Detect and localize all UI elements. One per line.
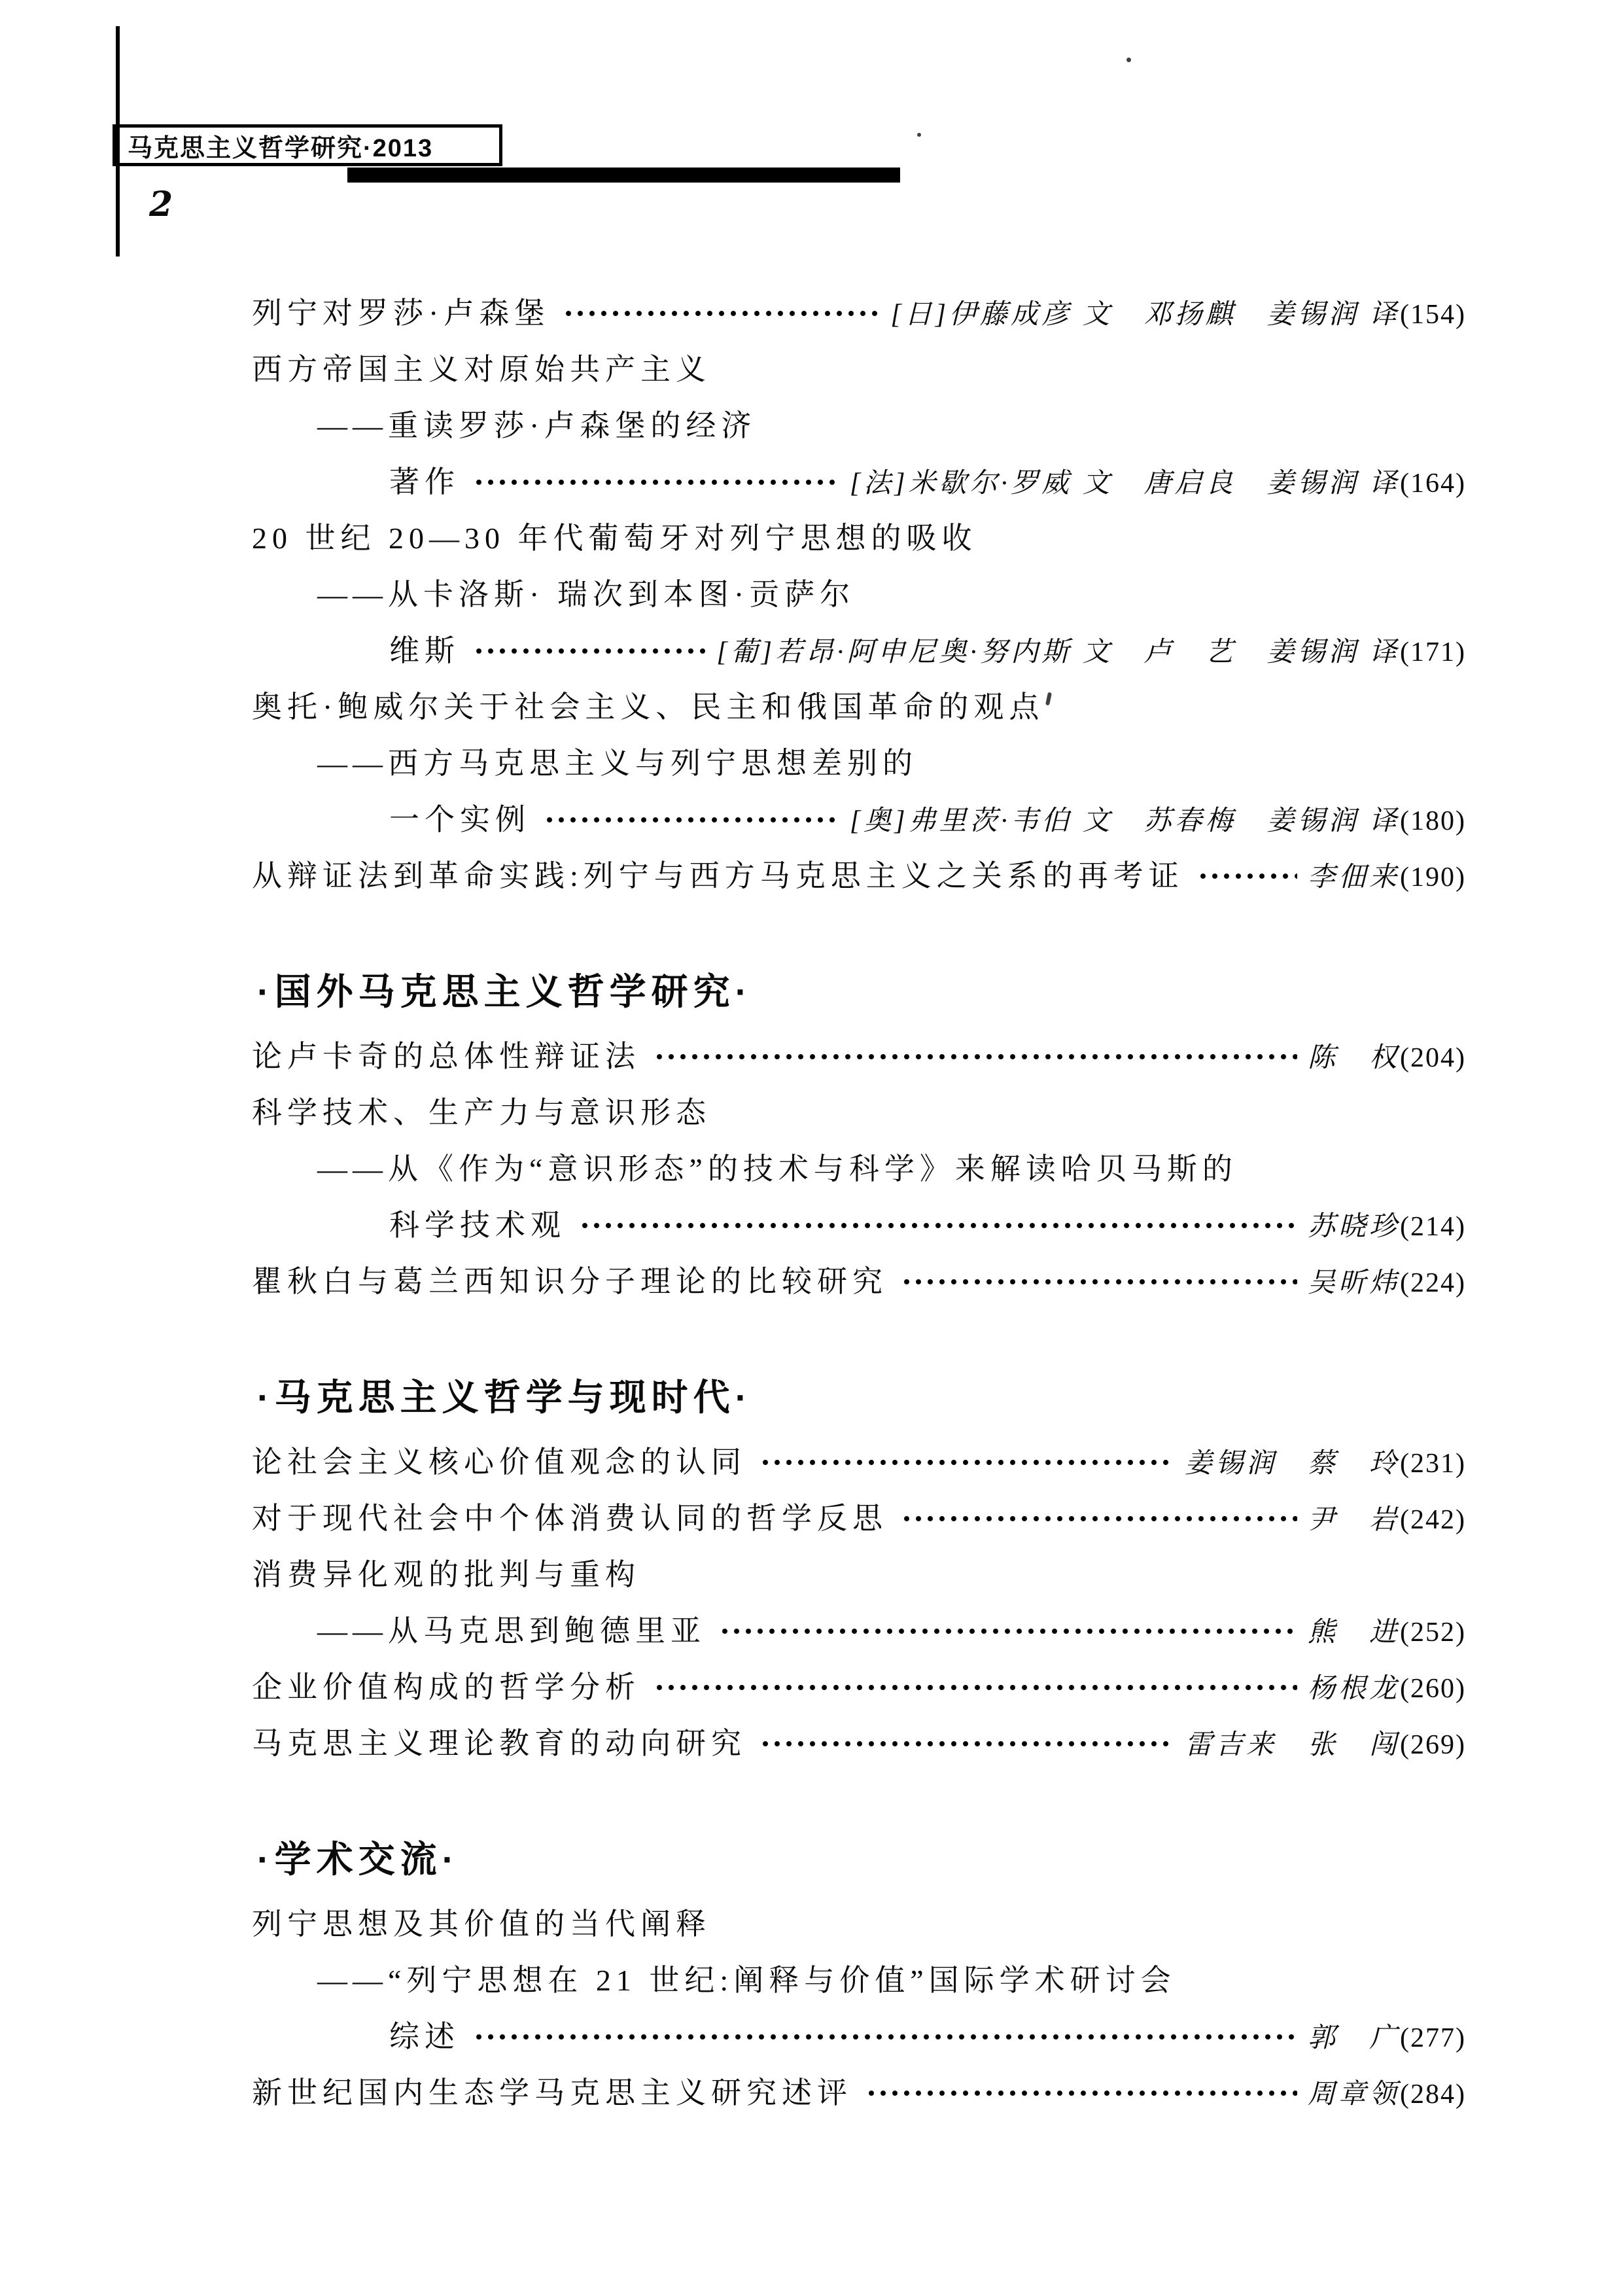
dot-leader — [719, 1627, 1297, 1636]
entry-title: ——西方马克思主义与列宁思想差别的 — [317, 735, 918, 792]
toc-entry: 列宁思想及其价值的当代阐释 — [252, 1896, 1466, 1952]
entry-page-number: (204) — [1400, 1030, 1466, 1086]
entry-page-number: (284) — [1400, 2066, 1466, 2123]
entry-authors: [日]伊藤成彦 文 邓扬麒 姜锡润 译 — [890, 287, 1400, 343]
entry-authors: [奥]弗里茨·韦伯 文 苏春梅 姜锡润 译 — [850, 793, 1400, 849]
entry-authors: 雷吉来 张 闯 — [1185, 1717, 1400, 1773]
entry-title: 从辩证法到革命实践:列宁与西方马克思主义之关系的再考证 — [252, 848, 1184, 904]
entry-page-number: (164) — [1400, 455, 1466, 512]
entry-authors: 尹 岩 — [1308, 1492, 1400, 1548]
entry-title: ——重读罗莎·卢森堡的经济 — [317, 398, 756, 454]
toc-entry: ——从马克思到鲍德里亚熊 进(252) — [252, 1603, 1466, 1659]
toc-entry: 消费异化观的批判与重构 — [252, 1547, 1466, 1603]
toc-entry: 马克思主义理论教育的动向研究雷吉来 张 闯(269) — [252, 1716, 1466, 1772]
scan-artifact — [917, 133, 921, 137]
entry-authors: 杨根龙 — [1308, 1661, 1400, 1717]
entry-title: 科学技术、生产力与意识形态 — [252, 1085, 711, 1141]
entry-title: 企业价值构成的哲学分析 — [252, 1659, 640, 1716]
entry-title: 西方帝国主义对原始共产主义 — [252, 342, 711, 398]
entry-authors: [法]米歇尔·罗威 文 唐启良 姜锡润 译 — [850, 455, 1400, 512]
entry-page-number: (242) — [1400, 1492, 1466, 1548]
entry-authors: 李佃来 — [1308, 849, 1400, 906]
toc-entry: 论社会主义核心价值观念的认同姜锡润 蔡 玲(231) — [252, 1434, 1466, 1491]
entry-title: 新世纪国内生态学马克思主义研究述评 — [252, 2065, 852, 2121]
journal-title: 马克思主义哲学研究·2013 — [128, 128, 433, 164]
masthead-box: 马克思主义哲学研究·2013 — [113, 124, 502, 166]
entry-title: 20 世纪 20—30 年代葡萄牙对列宁思想的吸收 — [252, 510, 977, 567]
entry-title: 消费异化观的批判与重构 — [252, 1547, 640, 1603]
entry-title: 列宁对罗莎·卢森堡 — [252, 285, 550, 342]
entry-title: 维斯 — [389, 623, 460, 679]
entry-page-number: (190) — [1400, 849, 1466, 906]
entry-title: 论社会主义核心价值观念的认同 — [252, 1434, 746, 1491]
toc-entry: ——西方马克思主义与列宁思想差别的 — [252, 735, 1466, 792]
entry-title: 奥托·鲍威尔关于社会主义、民主和俄国革命的观点 — [252, 679, 1044, 735]
toc-entry: 20 世纪 20—30 年代葡萄牙对列宁思想的吸收 — [252, 510, 1466, 567]
entry-title: 列宁思想及其价值的当代阐释 — [252, 1896, 711, 1952]
toc-entry: ——“列宁思想在 21 世纪:阐释与价值”国际学术研讨会 — [252, 1952, 1466, 2009]
toc-section-title: ·马克思主义哲学与现时代· — [257, 1366, 1466, 1429]
entry-page-number: (214) — [1400, 1199, 1466, 1255]
entry-title: ——“列宁思想在 21 世纪:阐释与价值”国际学术研讨会 — [317, 1952, 1176, 2009]
toc-entry: ——重读罗莎·卢森堡的经济 — [252, 398, 1466, 454]
toc-entry: 列宁对罗莎·卢森堡[日]伊藤成彦 文 邓扬麒 姜锡润 译(154) — [252, 285, 1466, 342]
toc-entry: ——从卡洛斯· 瑞次到本图·贡萨尔 — [252, 567, 1466, 623]
entry-title: ——从马克思到鲍德里亚 — [317, 1603, 706, 1659]
entry-title: ——从《作为“意识形态”的技术与科学》来解读哈贝马斯的 — [317, 1141, 1238, 1197]
entry-title: 一个实例 — [389, 792, 531, 848]
entry-title: 对于现代社会中个体消费认同的哲学反思 — [252, 1491, 888, 1547]
dot-leader — [865, 2089, 1297, 2098]
dot-leader — [654, 1052, 1297, 1061]
entry-authors: 周章领 — [1308, 2066, 1400, 2123]
page-number: 2 — [149, 185, 173, 224]
table-of-contents: 列宁对罗莎·卢森堡[日]伊藤成彦 文 邓扬麒 姜锡润 译(154)西方帝国主义对… — [252, 285, 1466, 2121]
dot-leader — [544, 815, 839, 824]
dot-leader — [563, 309, 880, 318]
toc-entry: 科学技术观苏晓珍(214) — [252, 1197, 1466, 1254]
dot-leader — [473, 646, 706, 656]
toc-entry: 新世纪国内生态学马克思主义研究述评周章领(284) — [252, 2065, 1466, 2121]
toc-entry: 一个实例[奥]弗里茨·韦伯 文 苏春梅 姜锡润 译(180) — [252, 792, 1466, 848]
toc-entry: 奥托·鲍威尔关于社会主义、民主和俄国革命的观点 — [252, 679, 1466, 735]
entry-authors: 熊 进 — [1308, 1604, 1400, 1661]
entry-title: 瞿秋白与葛兰西知识分子理论的比较研究 — [252, 1254, 888, 1310]
entry-title: 科学技术观 — [389, 1197, 566, 1254]
scanned-toc-page: 马克思主义哲学研究·2013 2 列宁对罗莎·卢森堡[日]伊藤成彦 文 邓扬麒 … — [0, 0, 1623, 2296]
dot-leader — [759, 1739, 1174, 1748]
entry-page-number: (269) — [1400, 1717, 1466, 1773]
entry-page-number: (171) — [1400, 624, 1466, 680]
entry-authors: 陈 权 — [1308, 1030, 1400, 1086]
dot-leader — [654, 1683, 1297, 1692]
toc-entry: 著作[法]米歇尔·罗威 文 唐启良 姜锡润 译(164) — [252, 454, 1466, 510]
entry-authors: 苏晓珍 — [1308, 1199, 1400, 1255]
toc-entry: 企业价值构成的哲学分析杨根龙(260) — [252, 1659, 1466, 1716]
entry-title: 论卢卡奇的总体性辩证法 — [252, 1029, 640, 1085]
entry-authors: 吴昕炜 — [1308, 1255, 1400, 1311]
entry-page-number: (277) — [1400, 2010, 1466, 2066]
scan-artifact — [1126, 58, 1131, 62]
entry-authors: 姜锡润 蔡 玲 — [1185, 1436, 1400, 1492]
entry-title: 马克思主义理论教育的动向研究 — [252, 1716, 746, 1772]
toc-entry: ——从《作为“意识形态”的技术与科学》来解读哈贝马斯的 — [252, 1141, 1466, 1197]
dot-leader — [473, 478, 839, 487]
entry-authors: 郭 广 — [1308, 2010, 1400, 2066]
dot-leader — [473, 2032, 1297, 2041]
entry-page-number: (154) — [1400, 287, 1466, 343]
dot-leader — [901, 1277, 1297, 1286]
entry-title: 综述 — [389, 2009, 460, 2065]
dot-leader — [759, 1458, 1174, 1467]
toc-entry: 西方帝国主义对原始共产主义 — [252, 342, 1466, 398]
entry-page-number: (224) — [1400, 1255, 1466, 1311]
dot-leader — [901, 1514, 1297, 1523]
toc-entry: 瞿秋白与葛兰西知识分子理论的比较研究吴昕炜(224) — [252, 1254, 1466, 1310]
toc-entry: 论卢卡奇的总体性辩证法陈 权(204) — [252, 1029, 1466, 1085]
entry-page-number: (252) — [1400, 1604, 1466, 1661]
dot-leader — [1197, 872, 1297, 881]
entry-title: ——从卡洛斯· 瑞次到本图·贡萨尔 — [317, 567, 855, 623]
entry-page-number: (180) — [1400, 793, 1466, 849]
masthead-underline-bar — [347, 168, 900, 183]
entry-page-number: (231) — [1400, 1436, 1466, 1492]
entry-page-number: (260) — [1400, 1661, 1466, 1717]
toc-entry: 科学技术、生产力与意识形态 — [252, 1085, 1466, 1141]
toc-section-title: ·国外马克思主义哲学研究· — [257, 961, 1466, 1023]
toc-entry: 对于现代社会中个体消费认同的哲学反思尹 岩(242) — [252, 1491, 1466, 1547]
toc-section-title: ·学术交流· — [257, 1828, 1466, 1891]
entry-authors: [葡]若昂·阿申尼奥·努内斯 文 卢 艺 姜锡润 译 — [716, 624, 1400, 680]
toc-entry: 维斯[葡]若昂·阿申尼奥·努内斯 文 卢 艺 姜锡润 译(171) — [252, 623, 1466, 679]
dot-leader — [579, 1221, 1297, 1230]
toc-entry: 综述郭 广(277) — [252, 2009, 1466, 2065]
entry-title: 著作 — [389, 454, 460, 510]
toc-entry: 从辩证法到革命实践:列宁与西方马克思主义之关系的再考证李佃来(190) — [252, 848, 1466, 904]
